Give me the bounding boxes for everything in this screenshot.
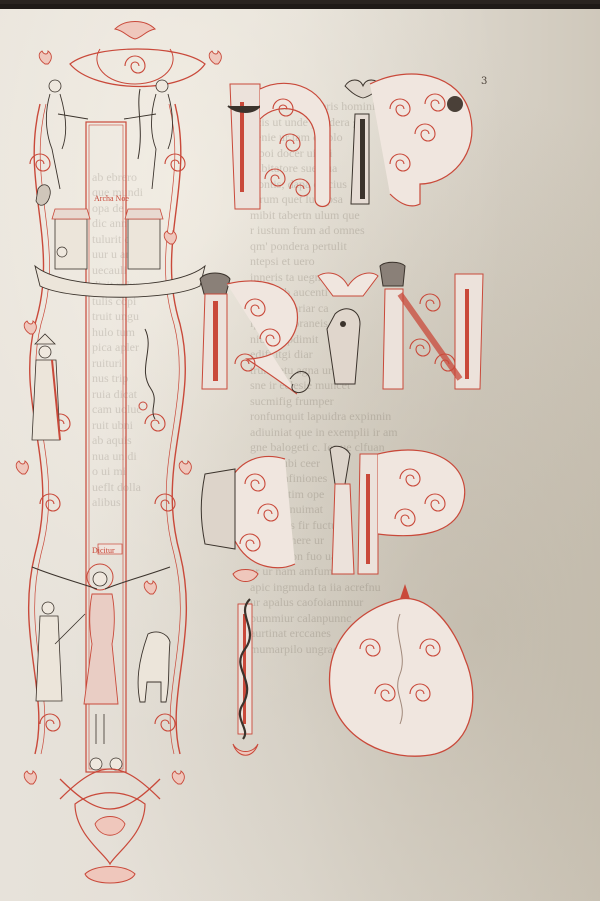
moses-figure [32,334,60,440]
manuscript-page: 3 ruit dicit ur ceteris hominib pcis ut … [0,4,600,901]
initial-I-row4 [233,570,258,756]
initial-P-1 [345,74,472,206]
initial-N [228,83,330,209]
illuminations [0,4,600,901]
eve-figure [124,80,173,189]
caption-ark: Archa Noe [94,194,129,203]
initial-C [201,456,295,567]
caption-cross-title: Dicitur [92,546,115,555]
adam-figure [46,80,88,189]
brazen-serpent [139,329,155,419]
initial-I-frame [16,22,221,884]
initial-I-row2 [318,273,378,384]
initial-N-row2 [380,262,483,389]
initial-P-row3 [358,450,465,574]
initial-O [330,584,473,756]
initial-I-row3 [330,446,354,574]
crucifixion [32,544,170,770]
initial-R [200,273,310,394]
